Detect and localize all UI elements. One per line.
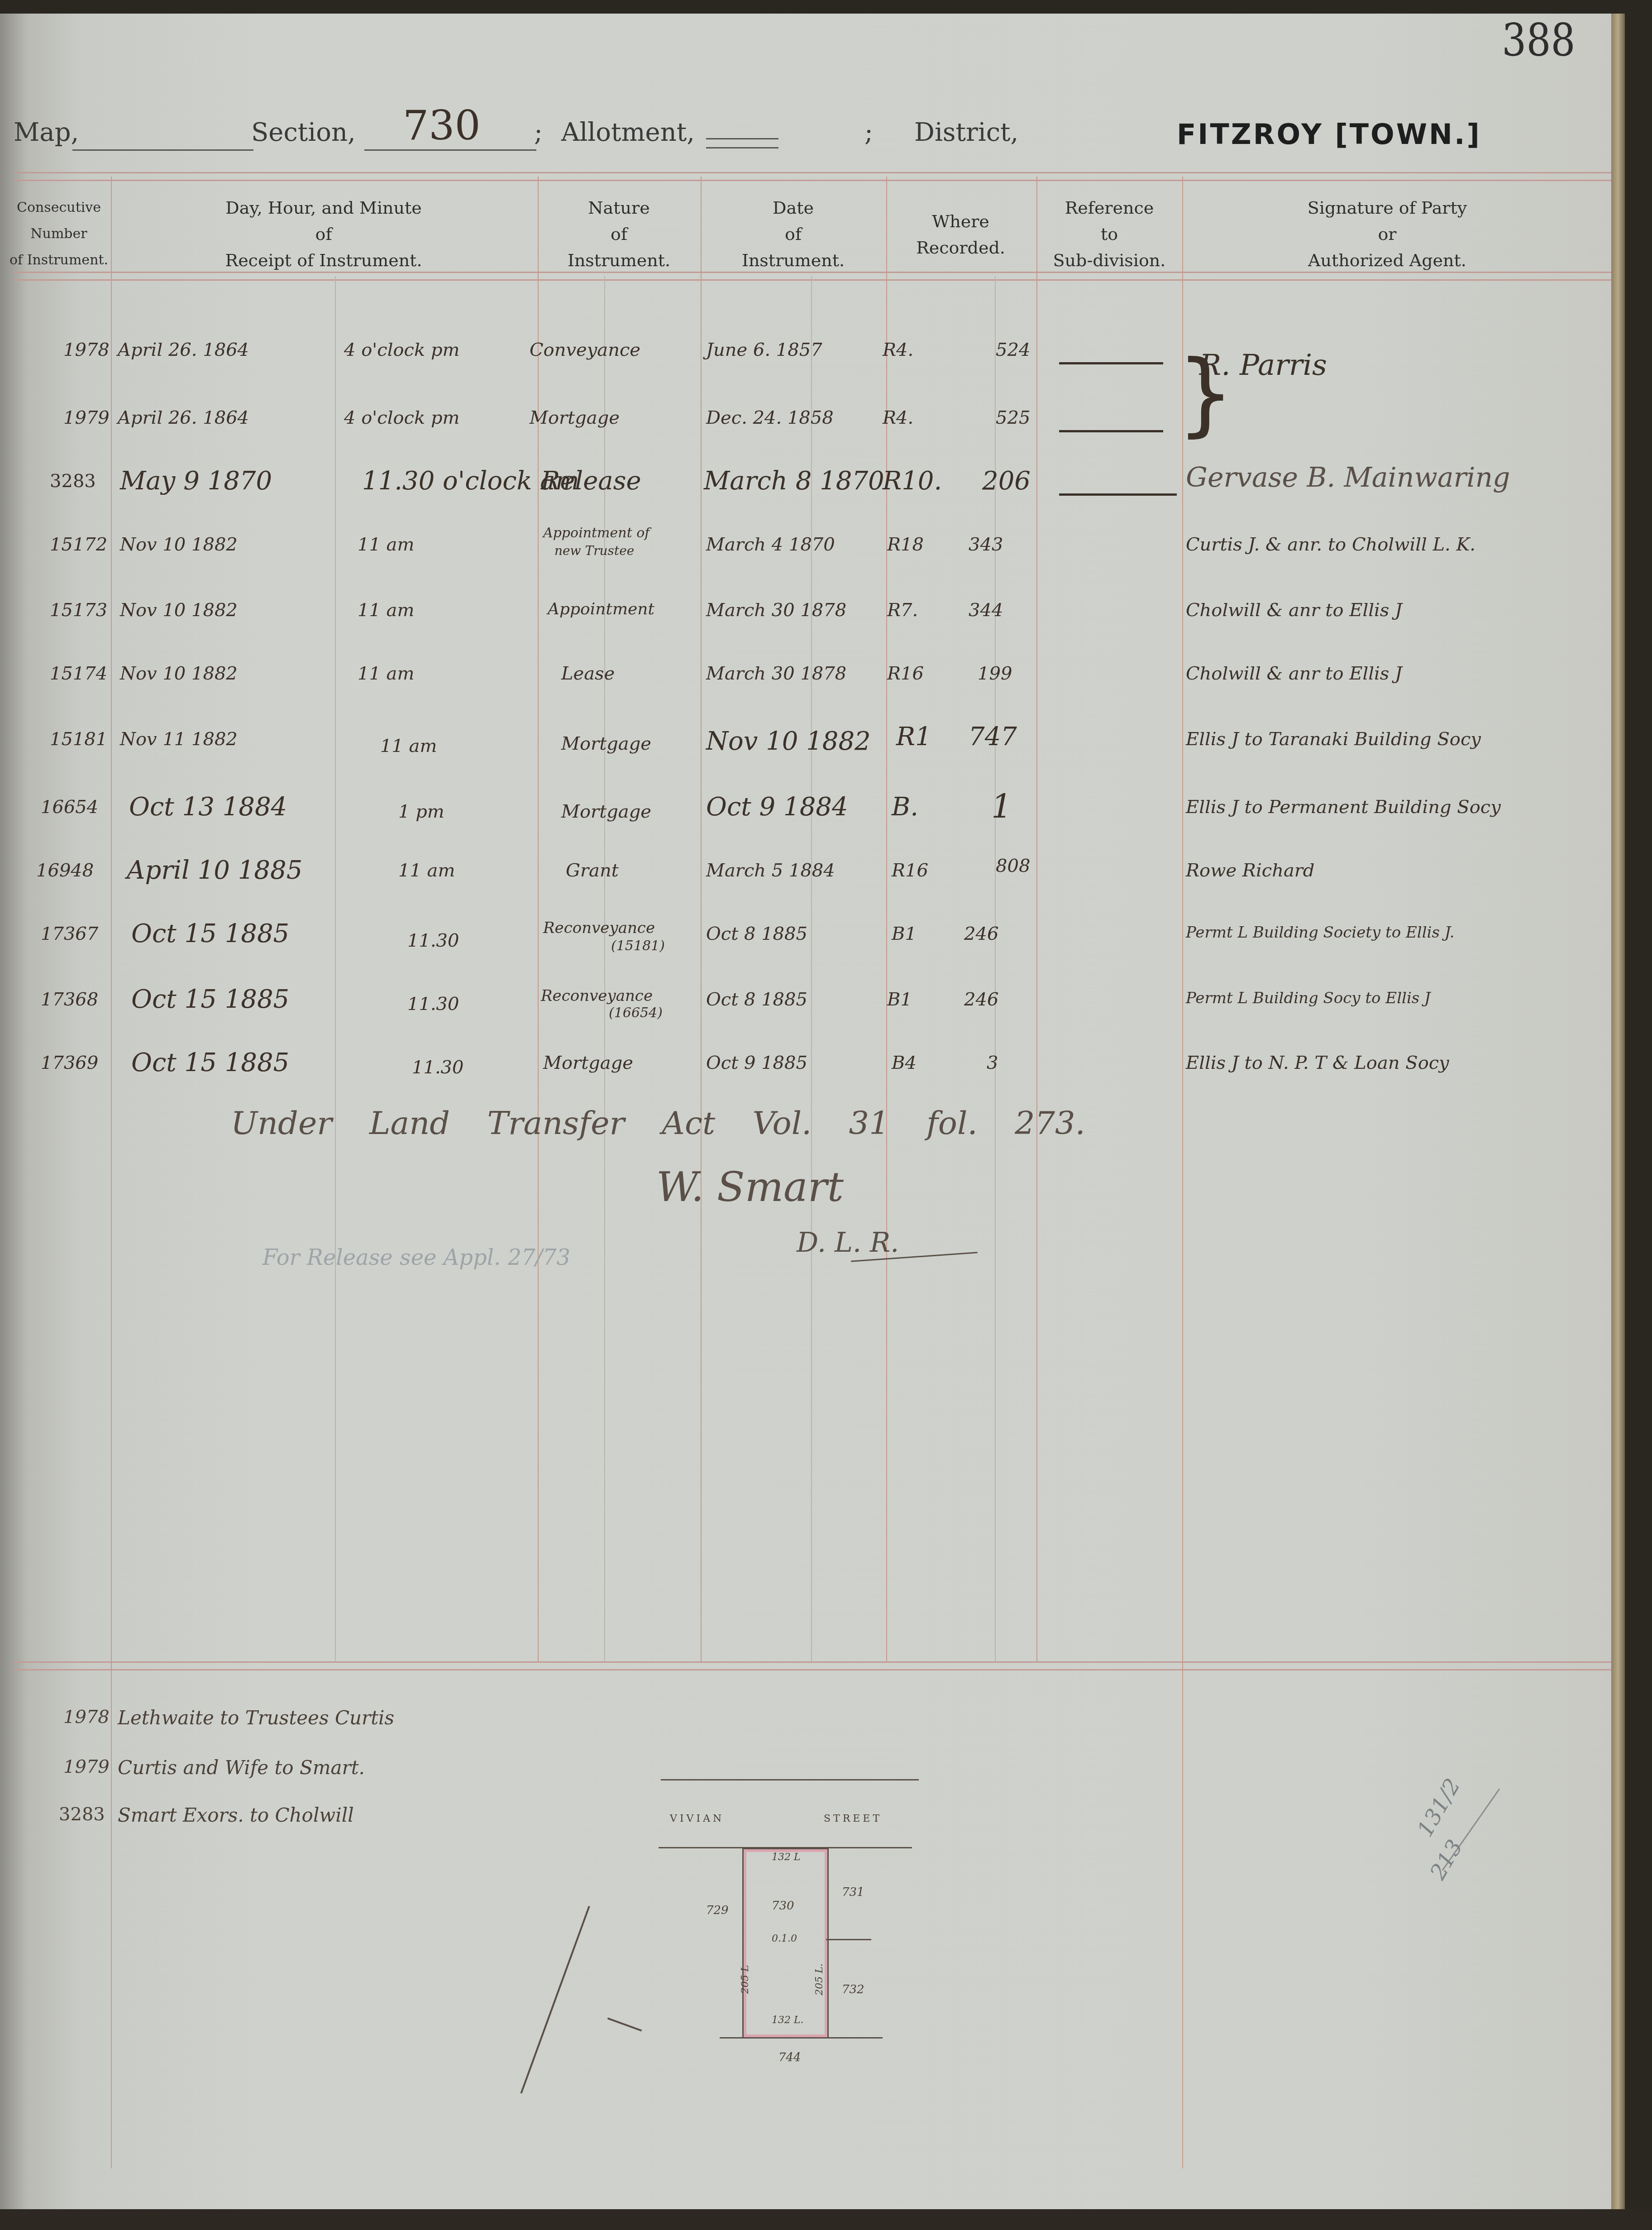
lot-plan-diagram: VIVIAN STREET 132 L 730 0.1.0 205 L 205 … [652,1779,969,2033]
lot-right-dim: 205 L. [814,1963,825,1996]
closing-signature: W. Smart [656,1163,844,1211]
colhead-receipt: Day, Hour, and Minute of Receipt of Inst… [113,195,534,273]
adjacent-lot-below: 744 [778,2051,801,2064]
table-row: 17369 Oct 15 1885 11.30 Mortgage Oct 9 1… [0,1043,1625,1107]
book-edge-bottom [0,2209,1652,2230]
lot-rear-line [720,2037,883,2039]
entry-nature-note: new Trustee [554,543,634,558]
entry-time: 11 am [358,534,414,555]
entry-number: 17367 [41,924,98,944]
allotment-label: Allotment, [561,118,695,147]
section-value: 730 [403,102,481,149]
entry-book: B. [892,792,918,822]
table-row: 1979 April 26. 1864 4 o'clock pm Mortgag… [0,398,1625,462]
entry-book: B1 [887,989,912,1010]
entry-signature: Curtis J. & anr. to Cholwill L. K. [1186,534,1475,555]
entry-day: Oct 15 1885 [131,1048,289,1077]
entry-number: 17368 [41,989,98,1010]
entry-number: 1979 [63,407,110,428]
entry-time: 11.30 [407,930,459,951]
entry-date: March 30 1878 [706,663,846,684]
table-row: 17367 Oct 15 1885 11.30 Reconveyance (15… [0,914,1625,978]
entry-date: Nov 10 1882 [706,727,871,756]
colhead-reference: Reference to Sub-division. [1037,195,1181,273]
entry-date: March 8 1870 [704,466,884,496]
entry-folio: 808 [996,856,1030,876]
header-rule-top [14,172,1611,181]
table-row: 15181 Nov 11 1882 11 am Mortgage Nov 10 … [0,720,1625,783]
entry-signature: Ellis J to Permanent Building Socy [1186,797,1501,818]
entry-day: Nov 11 1882 [120,729,238,750]
entry-signature: Ellis J to Taranaki Building Socy [1186,729,1481,750]
entry-time: 4 o'clock pm [344,407,459,428]
entry-nature: Release [541,466,641,496]
lot-area: 0.1.0 [772,1933,797,1944]
entry-date: Oct 8 1885 [706,989,807,1010]
entry-book: R10. [883,466,942,496]
entry-day: April 10 1885 [127,856,302,885]
entry-folio: 3 [987,1053,998,1073]
entry-time: 4 o'clock pm [344,340,459,360]
entry-day: Nov 10 1882 [120,534,238,555]
entry-signature: Gervase B. Mainwaring [1186,462,1510,493]
colhead-number: Consecutive Number of Instrument. [9,195,109,273]
entry-folio: 246 [964,924,998,944]
entry-date: Dec. 24. 1858 [706,407,834,428]
heading-row: Map, Section, 730 ; Allotment, ; Distric… [14,106,1598,156]
entry-day: Oct 15 1885 [131,985,289,1014]
entry-folio: 199 [978,663,1012,684]
entry-folio: 206 [982,466,1031,496]
table-row: 16948 April 10 1885 11 am Grant March 5 … [0,851,1625,914]
entry-nature: Mortgage [561,733,651,754]
entry-nature: Mortgage [561,801,651,822]
adjacent-lot-left: 729 [706,1904,729,1917]
lot-number: 730 [772,1899,794,1913]
entry-signature: Cholwill & anr to Ellis J [1186,663,1402,684]
footer-rule [14,1661,1611,1670]
entry-day: Nov 10 1882 [120,600,238,621]
section-label: Section, [251,118,356,147]
entry-signature: Permt L Building Society to Ellis J. [1186,924,1454,942]
entry-number: 15173 [50,600,107,621]
entry-signature: Rowe Richard [1186,860,1314,881]
entry-day: Oct 15 1885 [131,919,289,948]
entry-day: May 9 1870 [120,466,272,496]
entry-number: 3283 [50,471,96,492]
entry-nature: Conveyance [530,340,640,360]
page-number: 388 [1502,14,1575,67]
entry-nature: Reconveyance [543,919,655,937]
entry-date: March 5 1884 [706,860,835,881]
entry-signature: Permt L Building Socy to Ellis J [1186,989,1431,1007]
entry-folio: 246 [964,989,998,1010]
entry-book: B1 [892,924,917,944]
allotment-field-line2 [706,147,778,148]
footer-note-text: Smart Exors. to Cholwill [118,1804,354,1826]
colhead-date: Date of Instrument. [702,195,885,273]
entry-time: 1 pm [398,801,444,822]
entry-nature: Appointment of [543,525,649,541]
north-arrow-icon [520,1906,590,2094]
entry-date: March 30 1878 [706,600,846,621]
footer-note-number: 3283 [59,1804,105,1825]
entry-number: 15174 [50,663,107,684]
colhead-recorded: Where Recorded. [887,208,1034,261]
entry-nature: Lease [561,663,615,684]
entry-book: R16 [887,663,924,684]
table-row: 3283 May 9 1870 11.30 o'clock am Release… [0,462,1625,525]
closing-note: Under Land Transfer Act Vol. 31 fol. 273… [231,1105,1085,1142]
section-field [364,149,536,151]
table-row: 15172 Nov 10 1882 11 am Appointment of n… [0,525,1625,589]
entry-date: June 6. 1857 [706,340,822,360]
entry-nature: Mortgage [530,407,620,428]
footer-note-number: 1978 [63,1707,110,1728]
district-label: District, [914,118,1018,147]
entry-day: Oct 13 1884 [129,792,287,822]
entry-number: 15181 [50,729,107,750]
street-label-right: STREET [824,1813,882,1824]
adjacent-lot-right-bottom: 732 [842,1983,864,1996]
entry-book: R4. [883,340,913,360]
entry-number: 16948 [36,860,94,881]
entry-nature-note: (15181) [611,938,665,954]
entry-time: 11 am [380,736,437,756]
entry-time: 11 am [358,663,414,684]
entry-date: March 4 1870 [706,534,835,555]
district-value: FITZROY [TOWN.] [1177,118,1481,151]
entry-time: 11 am [398,860,455,881]
entry-date: Oct 9 1885 [706,1053,807,1073]
lot-bottom-dim: 132 L. [772,2015,804,2026]
lot-divider-right [826,1939,871,1940]
footer-note-number: 1979 [63,1756,110,1777]
entry-nature: Mortgage [543,1053,633,1073]
entry-folio: 525 [996,407,1030,428]
entry-time: 11.30 [407,994,459,1015]
entry-nature: Appointment [548,600,654,618]
colhead-nature: Nature of Instrument. [539,195,699,273]
entry-nature: Grant [566,860,619,881]
entry-number: 1978 [63,340,110,360]
entry-folio: 1 [991,788,1012,826]
lot-left-dim: 205 L [740,1965,751,1994]
closing-initials: D. L. R. [797,1227,899,1259]
table-row: 16654 Oct 13 1884 1 pm Mortgage Oct 9 18… [0,783,1625,847]
map-field [72,149,253,151]
table-row: 15173 Nov 10 1882 11 am Appointment Marc… [0,591,1625,654]
entry-book: R1 [896,722,931,751]
entry-number: 17369 [41,1053,98,1073]
ledger-page: 388 Map, Section, 730 ; Allotment, ; Dis… [0,14,1625,2209]
entry-book: R18 [887,534,924,555]
entry-time: 11.30 [412,1057,464,1078]
entry-day: April 26. 1864 [118,407,249,428]
allotment-field-line1 [706,138,778,139]
margin-pencil-top: 131/2 [1412,1774,1466,1841]
entry-ref-dash [1059,430,1163,432]
adjacent-lot-right-top: 731 [842,1885,864,1899]
street-line-top [661,1779,919,1780]
brace-icon: } [1177,349,1234,439]
lot-top-dim: 132 L [772,1852,801,1863]
street-label-left: VIVIAN [670,1813,724,1824]
map-label: Map, [14,118,79,147]
table-row: 15174 Nov 10 1882 11 am Lease March 30 1… [0,654,1625,718]
entry-book: B4 [892,1053,917,1073]
entry-date: Oct 9 1884 [706,792,848,822]
entry-time: 11 am [358,600,414,621]
footer-note-text: Lethwaite to Trustees Curtis [118,1707,394,1729]
pencil-note: For Release see Appl. 27/73 [263,1245,570,1270]
entry-signature: Ellis J to N. P. T & Loan Socy [1186,1053,1449,1073]
entry-folio: 344 [969,600,1003,621]
entry-signature: Cholwill & anr to Ellis J [1186,600,1402,621]
entry-day: April 26. 1864 [118,340,249,360]
table-row: 1978 April 26. 1864 4 o'clock pm Conveya… [0,330,1625,394]
table-row: 17368 Oct 15 1885 11.30 Reconveyance (16… [0,980,1625,1043]
entry-ref-dash [1059,362,1163,364]
entry-folio: 343 [969,534,1003,555]
entry-number: 15172 [50,534,107,555]
entry-folio: 524 [996,340,1030,360]
entry-nature: Reconveyance [541,987,653,1005]
colhead-signature: Signature of Party or Authorized Agent. [1184,195,1591,273]
entry-book: R16 [892,860,928,881]
entry-number: 16654 [41,797,98,818]
entry-date: Oct 8 1885 [706,924,807,944]
entry-folio: 747 [969,722,1017,751]
entry-day: Nov 10 1882 [120,663,238,684]
north-arrow-crossbar [607,2017,642,2031]
entry-book: R4. [883,407,913,428]
footer-note-text: Curtis and Wife to Smart. [118,1756,365,1779]
entry-nature-note: (16654) [609,1005,663,1021]
entry-book: R7. [887,600,918,621]
entry-ref-dash [1059,493,1177,496]
